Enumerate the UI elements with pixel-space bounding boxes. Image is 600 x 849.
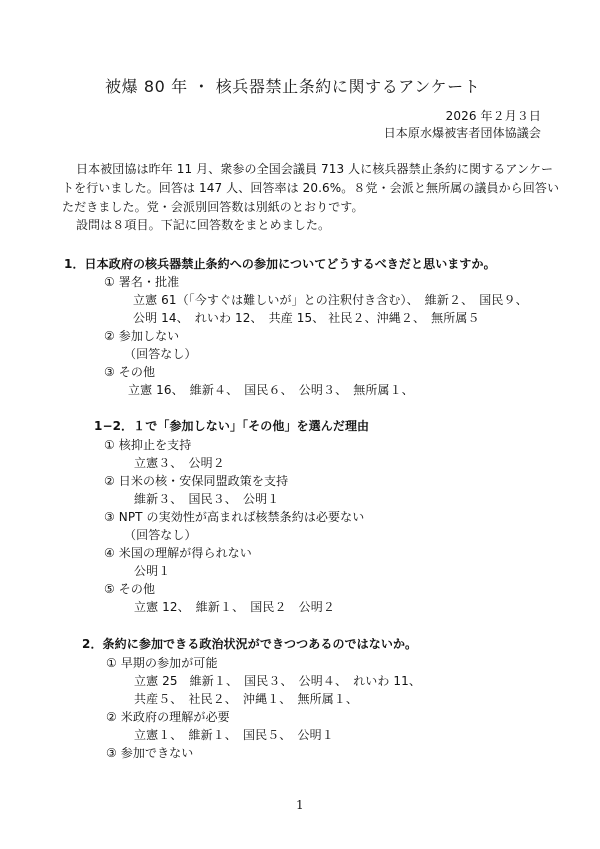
section-1-2-option-1-answer-1: 立憲３、 公明２	[134, 455, 225, 471]
intro-line-4: 設問は８項目。下記に回答数をまとめました。	[76, 217, 330, 233]
section-2-option-1-answer-2: 共産５、 社民２、 沖縄１、 無所属１、	[134, 691, 358, 707]
intro-line-3: ただきました。党・会派別回答数は別紙のとおりです。	[62, 199, 364, 215]
page-number: 1	[296, 797, 304, 813]
section-1-2-option-4-answer-1: 公明１	[134, 563, 170, 579]
section-2-heading: 2．条約に参加できる政治状況ができつつあるのではないか。	[82, 636, 417, 652]
section-1-2-heading: 1−2．１で「参加しない」「その他」を選んだ理由	[94, 418, 369, 434]
section-2-option-2-label: ② 米政府の理解が必要	[106, 709, 230, 725]
section-1-2-option-2-label: ② 日米の核・安保同盟政策を支持	[104, 473, 288, 489]
section-1-option-1-answer-2: 公明 14、 れいわ 12、 共産 15、 社民２、沖縄２、 無所属５	[133, 310, 480, 326]
document-organization: 日本原水爆被害者団体協議会	[384, 125, 541, 141]
document-title: 被爆 80 年 ・ 核兵器禁止条約に関するアンケート	[105, 76, 480, 98]
section-1-2-option-3-answer-1: （回答なし）	[124, 527, 197, 543]
section-1-option-3-label: ③ その他	[104, 364, 155, 380]
section-1-2-option-2-answer-1: 維新３、 国民３、 公明１	[134, 491, 279, 507]
section-1-heading: 1．日本政府の核兵器禁止条約への参加についてどうするべきだと思いますか。	[64, 256, 496, 272]
section-2-option-1-answer-1: 立憲 25 維新１、 国民３、 公明４、 れいわ 11、	[134, 673, 421, 689]
section-1-option-2-answer-1: （回答なし）	[124, 346, 197, 362]
section-1-2-option-1-label: ① 核抑止を支持	[104, 437, 191, 453]
section-1-option-1-answer-1: 立憲 61（「今すぐは難しいが」との注釈付き含む）、 維新２、 国民９、	[133, 292, 528, 308]
section-1-2-option-4-label: ④ 米国の理解が得られない	[104, 545, 252, 561]
document-page: 被爆 80 年 ・ 核兵器禁止条約に関するアンケート 2026 年２月３日 日本…	[0, 0, 600, 849]
section-1-2-option-3-label: ③ NPT の実効性が高まれば核禁条約は必要ない	[104, 509, 364, 525]
intro-line-2: トを行いました。回答は 147 人、回答率は 20.6%。８党・会派と無所属の議…	[62, 180, 559, 196]
section-1-2-option-5-label: ⑤ その他	[104, 581, 155, 597]
intro-line-1: 日本被団協は昨年 11 月、衆参の全国会議員 713 人に核兵器禁止条約に関する…	[76, 161, 553, 177]
section-2-option-3-label: ③ 参加できない	[106, 745, 193, 761]
section-1-option-2-label: ② 参加しない	[104, 328, 179, 344]
section-2-option-1-label: ① 早期の参加が可能	[106, 655, 218, 671]
section-1-2-option-5-answer-1: 立憲 12、 維新１、 国民２ 公明２	[134, 599, 335, 615]
section-1-option-1-label: ① 署名・批准	[104, 274, 179, 290]
document-date: 2026 年２月３日	[446, 108, 541, 124]
section-1-option-3-answer-1: 立憲 16、 維新４、 国民６、 公明３、 無所属１、	[128, 382, 414, 398]
section-2-option-2-answer-1: 立憲１、 維新１、 国民５、 公明１	[134, 727, 334, 743]
